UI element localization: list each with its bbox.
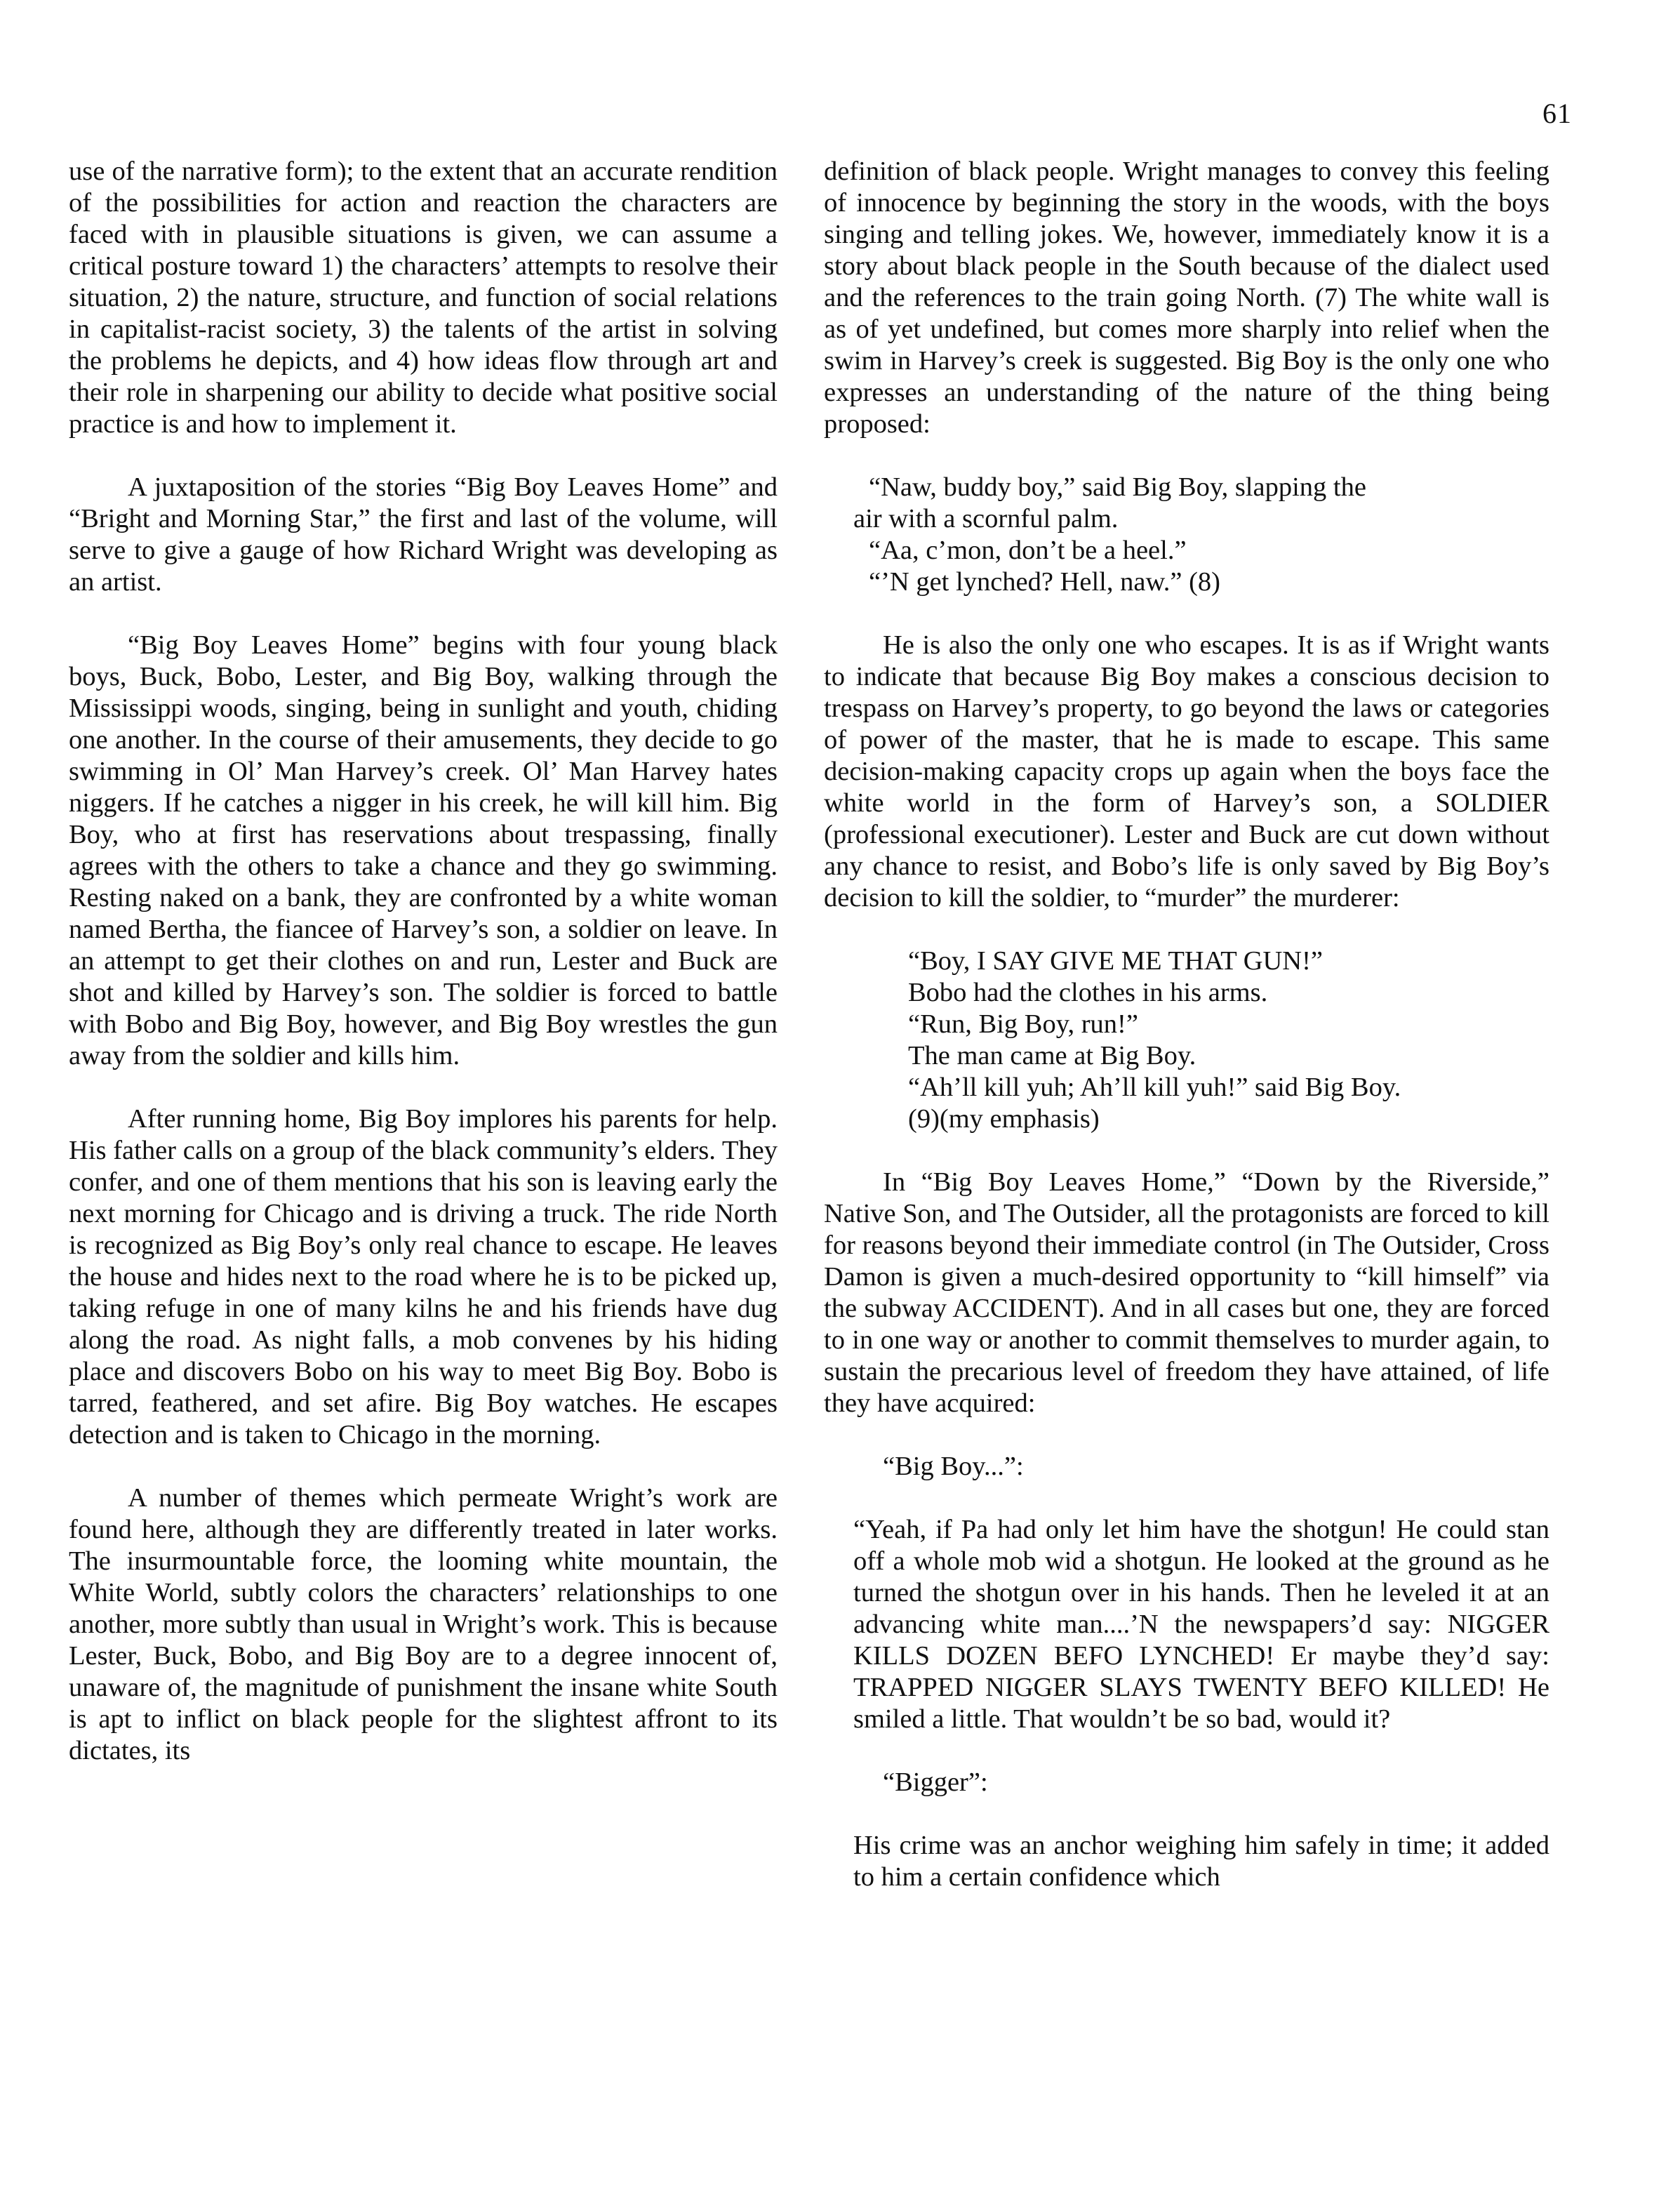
quote-line: “Run, Big Boy, run!” bbox=[908, 1009, 1549, 1040]
right-column: definition of black people. Wright manag… bbox=[824, 156, 1549, 1925]
quote-line: “Aa, c’mon, don’t be a heel.” bbox=[824, 535, 1549, 566]
excerpt-label-bigger: “Bigger”: bbox=[824, 1767, 1549, 1798]
left-column: use of the narrative form); to the exten… bbox=[69, 156, 778, 1798]
paragraph-themes: A number of themes which permeate Wright… bbox=[69, 1482, 778, 1767]
paragraph-escape: After running home, Big Boy implores his… bbox=[69, 1103, 778, 1451]
page-number: 61 bbox=[1516, 97, 1572, 130]
paragraph-juxtaposition: A juxtaposition of the stories “Big Boy … bbox=[69, 472, 778, 598]
paragraph-continuation: use of the narrative form); to the exten… bbox=[69, 156, 778, 440]
paragraph-story-summary: “Big Boy Leaves Home” begins with four y… bbox=[69, 630, 778, 1072]
paragraph-innocence: definition of black people. Wright manag… bbox=[824, 156, 1549, 440]
quote-line: Bobo had the clothes in his arms. bbox=[908, 977, 1549, 1009]
dialogue-quote-1: “Naw, buddy boy,” said Big Boy, slapping… bbox=[824, 472, 1549, 598]
excerpt-bigger: His crime was an anchor weighing him saf… bbox=[824, 1830, 1549, 1893]
paragraph-protagonists: In “Big Boy Leaves Home,” “Down by the R… bbox=[824, 1167, 1549, 1419]
quote-line: The man came at Big Boy. bbox=[908, 1040, 1549, 1072]
excerpt-label-big-boy: “Big Boy...”: bbox=[824, 1451, 1549, 1482]
quote-line: air with a scornful palm. bbox=[824, 503, 1549, 535]
quote-line: (9)(my emphasis) bbox=[908, 1103, 1549, 1135]
quote-line: “Naw, buddy boy,” said Big Boy, slapping… bbox=[824, 472, 1549, 503]
quote-line: “Boy, I SAY GIVE ME THAT GUN!” bbox=[908, 946, 1549, 977]
quote-line: “’N get lynched? Hell, naw.” (8) bbox=[824, 566, 1549, 598]
paragraph-decision: He is also the only one who escapes. It … bbox=[824, 630, 1549, 914]
excerpt-big-boy: “Yeah, if Pa had only let him have the s… bbox=[824, 1514, 1549, 1735]
dialogue-quote-2: “Boy, I SAY GIVE ME THAT GUN!” Bobo had … bbox=[824, 946, 1549, 1135]
quote-line: “Ah’ll kill yuh; Ah’ll kill yuh!” said B… bbox=[908, 1072, 1549, 1103]
